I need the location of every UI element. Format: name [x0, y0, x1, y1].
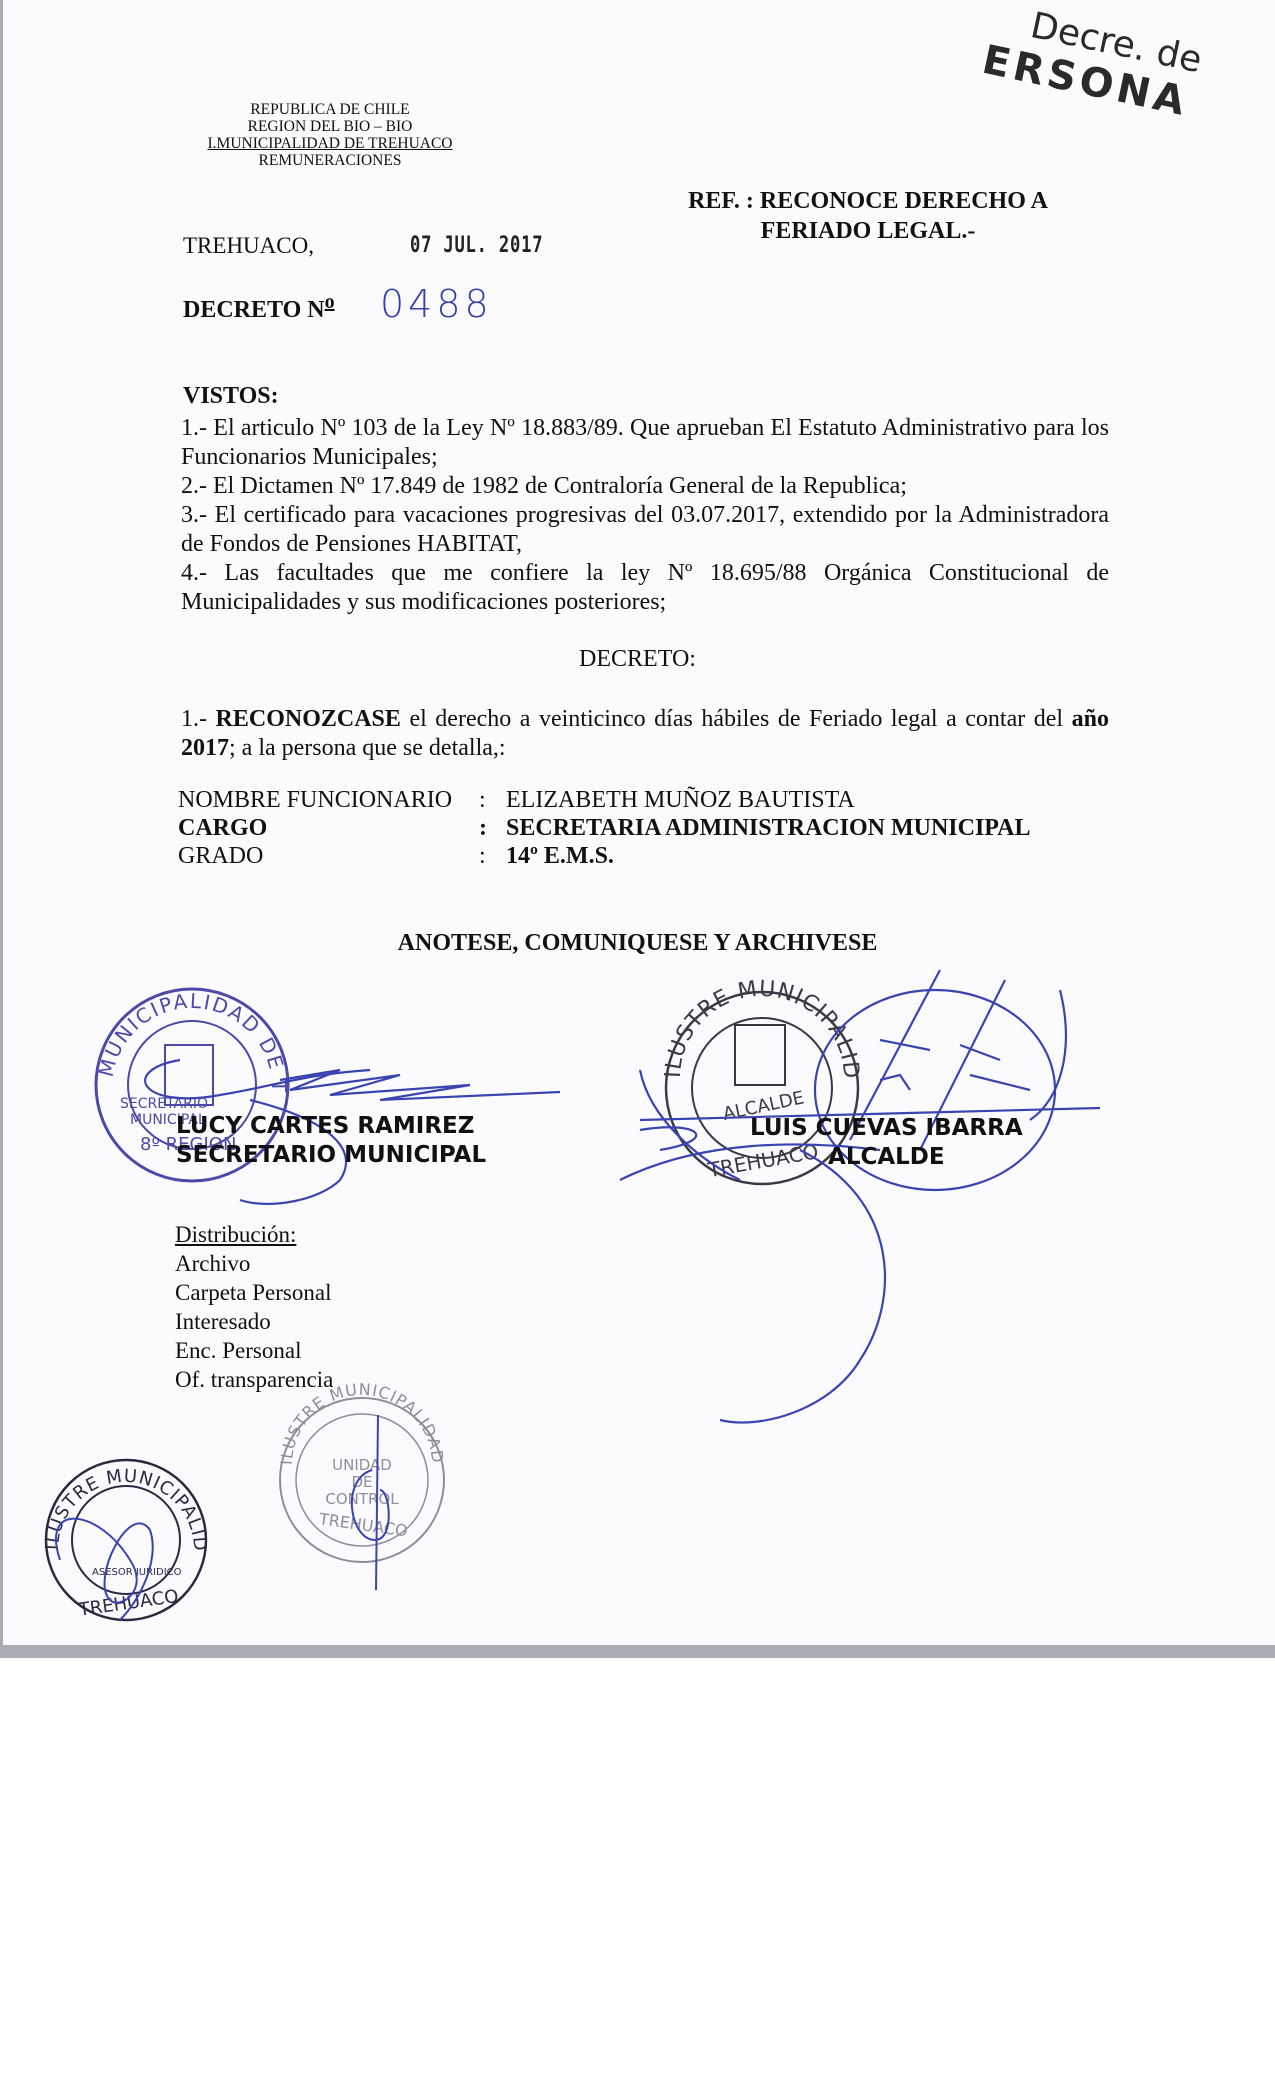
seals-and-signatures: MUNICIPALIDAD DE TREHUACO SECRETARIO MUN… [0, 0, 1275, 2100]
alcalde-seal: ILUSTRE MUNICIPALIDAD ALCALDE TREHUACO [0, 0, 863, 1184]
distribution-title: Distribución: [175, 1220, 333, 1249]
svg-text:ILUSTRE MUNICIPALIDAD: ILUSTRE MUNICIPALIDAD [0, 0, 863, 1080]
distribution-item: Interesado [175, 1307, 333, 1336]
secretario-title: SECRETARIO MUNICIPAL [176, 1141, 486, 1170]
distribution-list: Distribución: Archivo Carpeta Personal I… [175, 1220, 333, 1394]
distribution-item: Enc. Personal [175, 1336, 333, 1365]
svg-text:TREHUACO: TREHUACO [77, 1586, 180, 1621]
distribution-item: Of. transparencia [175, 1365, 333, 1394]
svg-text:UNIDAD: UNIDAD [332, 1456, 392, 1474]
alcalde-name: LUIS CUEVAS IBARRA [750, 1114, 1023, 1143]
distribution-item: Carpeta Personal [175, 1278, 333, 1307]
svg-text:MUNICIPALIDAD DE TREHUACO: MUNICIPALIDAD DE TREHUACO [0, 0, 291, 1095]
secretario-signature-block: LUCY CARTES RAMIREZ SECRETARIO MUNICIPAL [176, 1112, 486, 1170]
alcalde-title: ALCALDE [750, 1143, 1023, 1172]
secretario-name: LUCY CARTES RAMIREZ [176, 1112, 486, 1141]
alcalde-signature-block: LUIS CUEVAS IBARRA ALCALDE [750, 1114, 1023, 1172]
distribution-item: Archivo [175, 1249, 333, 1278]
secretario-seal: MUNICIPALIDAD DE TREHUACO SECRETARIO MUN… [0, 0, 291, 1181]
